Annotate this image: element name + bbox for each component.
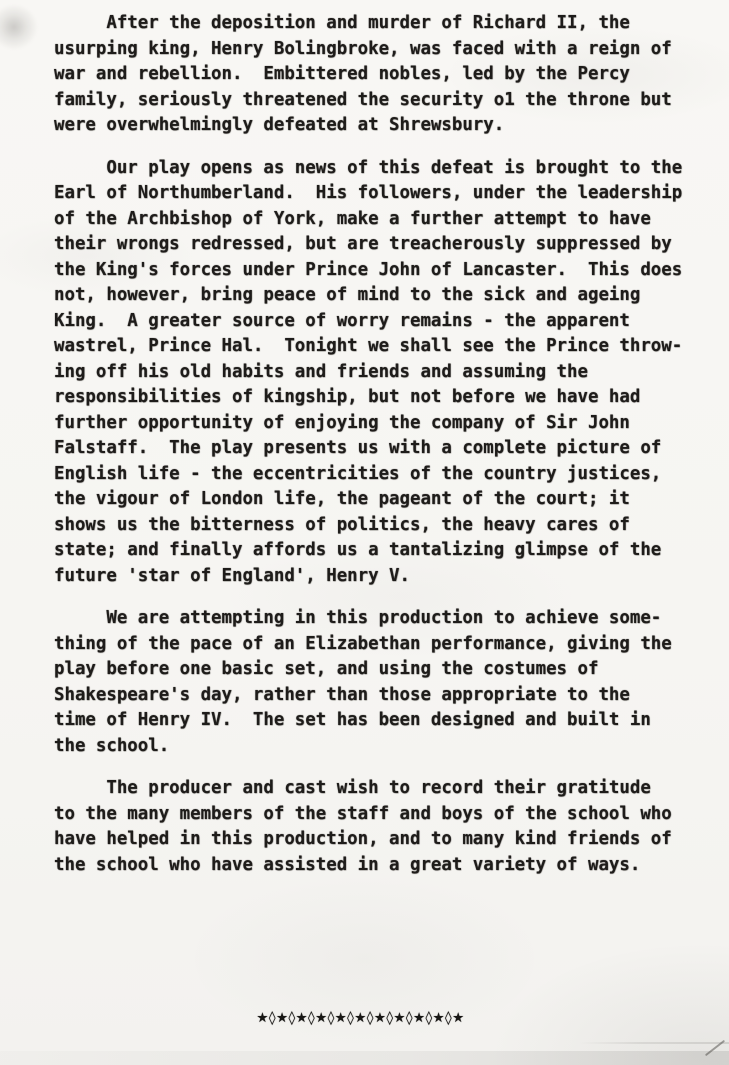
paragraph-richard-ii: After the deposition and murder of Richa… <box>54 11 714 139</box>
star-diamond-divider: ★◊★◊★◊★◊★◊★◊★◊★◊★◊★◊★ <box>0 1008 721 1028</box>
paragraph-play-synopsis: Our play opens as news of this defeat is… <box>54 156 714 590</box>
document-body: After the deposition and murder of Richa… <box>54 0 714 895</box>
scan-shadow-bottom <box>0 1051 729 1065</box>
paragraph-production-notes: We are attempting in this production to … <box>54 606 714 759</box>
document-page: After the deposition and murder of Richa… <box>0 0 729 1065</box>
scan-edge-line <box>579 1042 729 1044</box>
scan-blotch-top-left <box>0 4 38 50</box>
paragraph-acknowledgements: The producer and cast wish to record the… <box>54 776 714 878</box>
